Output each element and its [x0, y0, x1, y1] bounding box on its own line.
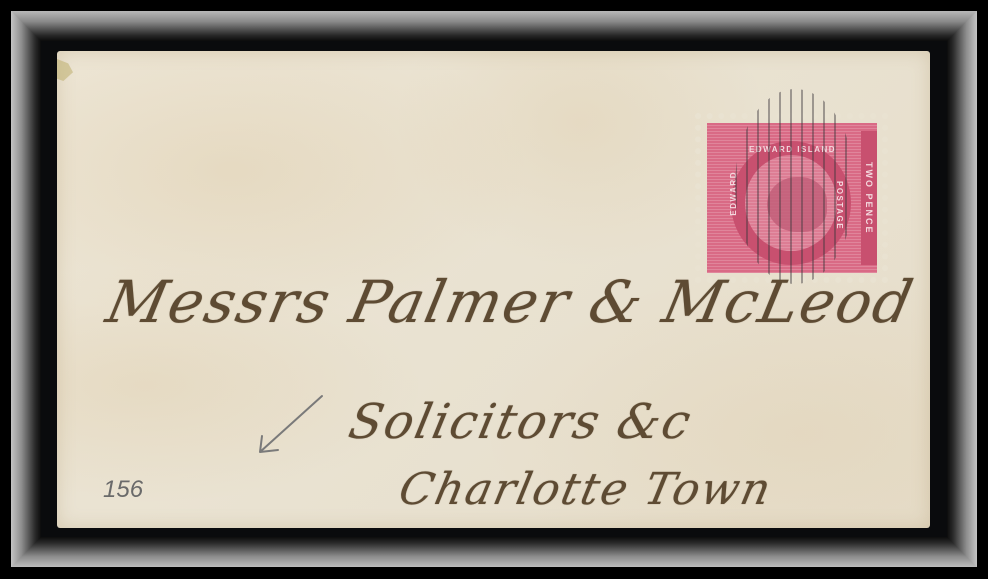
- address-line-1: Messrs Palmer & McLeod: [101, 268, 920, 336]
- stamp-denomination-panel: TWO PENCE: [861, 131, 877, 265]
- pencil-arrow-icon: [250, 390, 330, 460]
- corner-stain: [57, 59, 73, 81]
- frame-bevel-left: [11, 11, 41, 567]
- stamp-denomination: TWO PENCE: [864, 162, 874, 235]
- frame-bevel-bottom: [11, 537, 977, 567]
- postmark-cancel: [735, 89, 855, 284]
- frame-bevel-right: [947, 11, 977, 567]
- address-line-2: Solicitors &c: [344, 394, 697, 450]
- address-line-3: Charlotte Town: [395, 464, 777, 515]
- pencil-note: 156: [103, 476, 143, 504]
- postage-stamp: EDWARD ISLAND EDWARD POSTAGE TWO PENCE: [695, 113, 888, 283]
- frame-bevel-top: [11, 11, 977, 41]
